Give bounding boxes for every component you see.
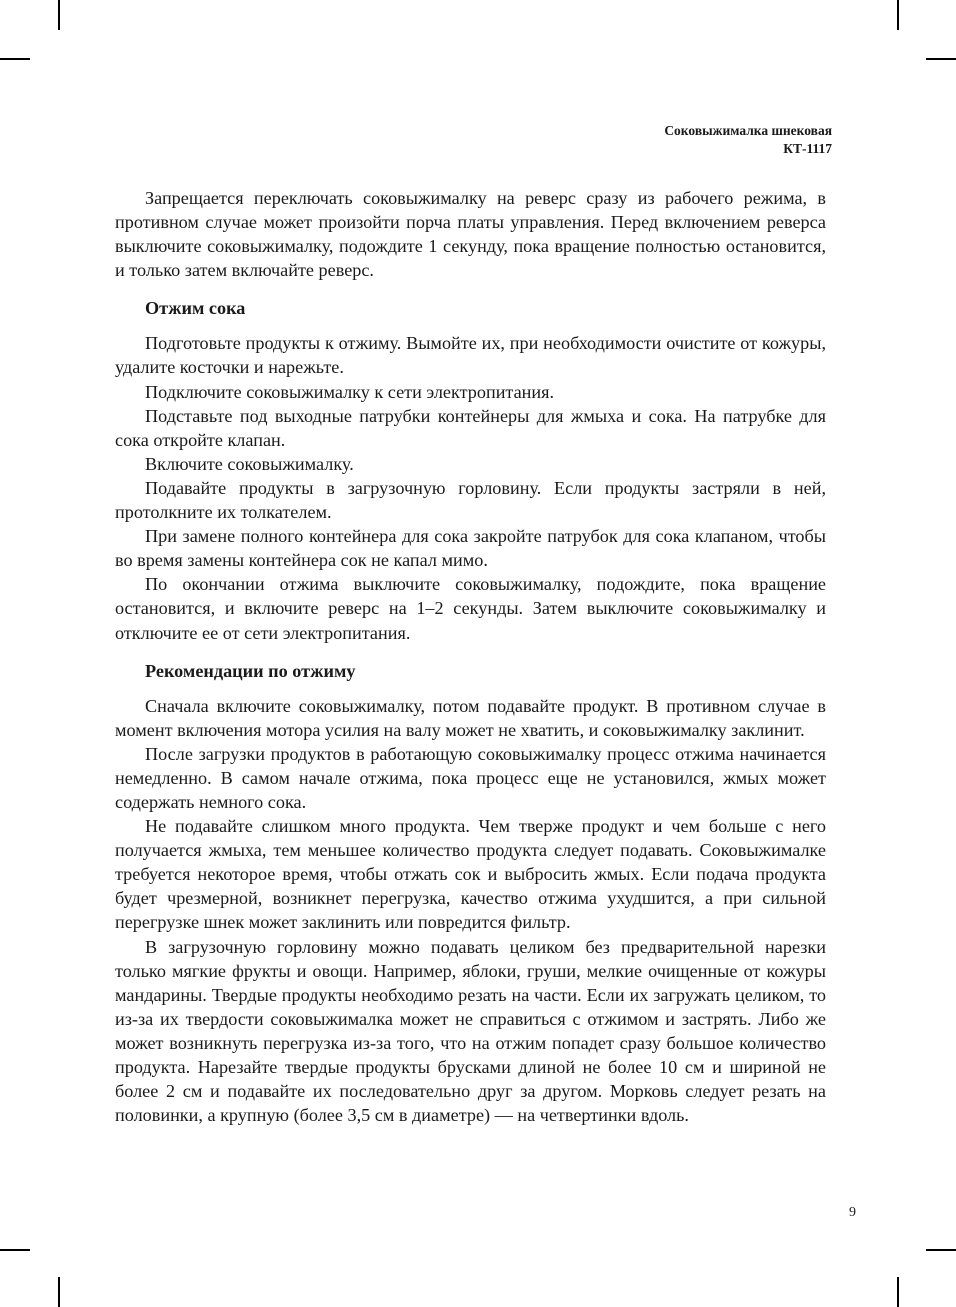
paragraph: При замене полного контейнера для сока з… [115, 524, 826, 572]
paragraph: В загрузочную горловину можно подавать ц… [115, 935, 826, 1128]
crop-mark-bottom-left-horizontal [0, 1249, 30, 1251]
section-heading-juicing: Отжим сока [115, 296, 826, 320]
crop-mark-top-left-vertical [58, 0, 60, 30]
page-number: 9 [849, 1205, 856, 1221]
crop-mark-top-right-vertical [897, 0, 899, 30]
paragraph: Подставьте под выходные патрубки контейн… [115, 404, 826, 452]
paragraph: Подключите соковыжималку к сети электроп… [115, 380, 826, 404]
crop-mark-top-left-horizontal [0, 58, 30, 60]
crop-mark-bottom-left-vertical [58, 1277, 60, 1307]
header-model: КТ-1117 [664, 140, 832, 158]
paragraph: По окончании отжима выключите соковыжима… [115, 572, 826, 644]
paragraph: Подготовьте продукты к отжиму. Вымойте и… [115, 331, 826, 379]
paragraph: Не подавайте слишком много продукта. Чем… [115, 814, 826, 934]
crop-mark-bottom-right-vertical [897, 1277, 899, 1307]
paragraph: Включите соковыжималку. [115, 452, 826, 476]
running-header: Соковыжималка шнековая КТ-1117 [664, 122, 832, 158]
paragraph: После загрузки продуктов в работающую со… [115, 742, 826, 814]
page-body: Запрещается переключать соковыжималку на… [115, 186, 826, 1127]
crop-mark-top-right-horizontal [926, 58, 956, 60]
crop-mark-bottom-right-horizontal [926, 1249, 956, 1251]
section-heading-recommendations: Рекомендации по отжиму [115, 659, 826, 683]
header-product-name: Соковыжималка шнековая [664, 122, 832, 140]
intro-paragraph: Запрещается переключать соковыжималку на… [115, 186, 826, 282]
paragraph: Подавайте продукты в загрузочную горлови… [115, 476, 826, 524]
paragraph: Сначала включите соковыжималку, потом по… [115, 694, 826, 742]
